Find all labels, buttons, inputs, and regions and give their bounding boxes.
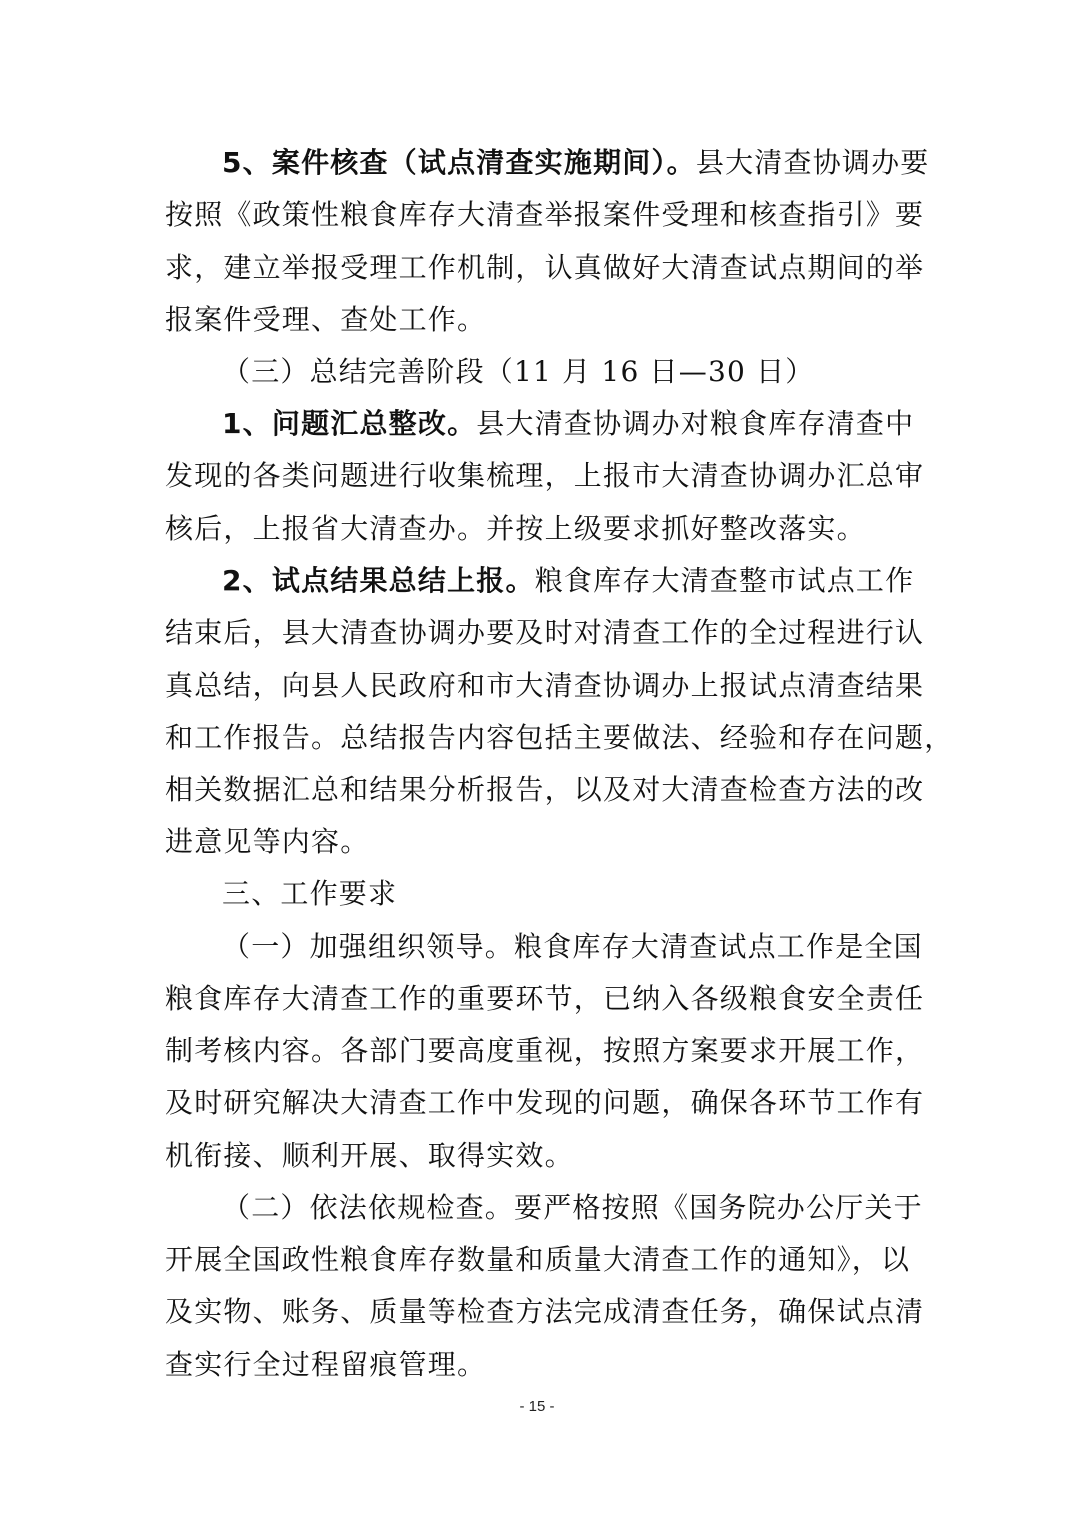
paragraph-line: 结束后，县大清查协调办要及时对清查工作的全过程进行认 [165, 615, 910, 651]
paragraph-line: 按照《政策性粮食库存大清查举报案件受理和核查指引》要 [165, 197, 910, 233]
paragraph-line: （一）加强组织领导。粮食库存大清查试点工作是全国 [222, 929, 910, 965]
paragraph-line: 机衔接、顺利开展、取得实效。 [165, 1138, 910, 1174]
paragraph-line: 开展全国政性粮食库存数量和质量大清查工作的通知》，以 [165, 1242, 910, 1278]
paragraph-line: 真总结，向县人民政府和市大清查协调办上报试点清查结果 [165, 668, 910, 704]
paragraph-line: （二）依法依规检查。要严格按照《国务院办公厅关于 [222, 1190, 910, 1226]
paragraph-issue-summary-line-1: 1、问题汇总整改。县大清查协调办对粮食库存清查中 [222, 406, 910, 442]
paragraph-line: 及时研究解决大清查工作中发现的问题，确保各环节工作有 [165, 1085, 910, 1121]
paragraph-case-check-line-1: 5、案件核查（试点清查实施期间）。县大清查协调办要 [222, 145, 910, 181]
paragraph-line: 求，建立举报受理工作机制，认真做好大清查试点期间的举 [165, 250, 910, 286]
case-check-heading: 5、案件核查（试点清查实施期间）。 [222, 146, 696, 179]
paragraph-line: 进意见等内容。 [165, 824, 910, 860]
paragraph-line: 核后，上报省大清查办。并按上级要求抓好整改落实。 [165, 511, 910, 547]
paragraph-line: 和工作报告。总结报告内容包括主要做法、经验和存在问题， [165, 720, 910, 756]
paragraph-line: 查实行全过程留痕管理。 [165, 1347, 910, 1383]
paragraph-line: 发现的各类问题进行收集梳理，上报市大清查协调办汇总审 [165, 458, 910, 494]
paragraph-result-report-line-1: 2、试点结果总结上报。粮食库存大清查整市试点工作 [222, 563, 910, 599]
paragraph-line: 报案件受理、查处工作。 [165, 302, 910, 338]
paragraph-line: 制考核内容。各部门要高度重视，按照方案要求开展工作， [165, 1033, 910, 1069]
paragraph-line: 及实物、账务、质量等检查方法完成清查任务，确保试点清 [165, 1294, 910, 1330]
issue-summary-heading: 1、问题汇总整改。 [222, 407, 476, 440]
stage-three-heading: （三）总结完善阶段（11 月 16 日—30 日） [222, 354, 910, 390]
section-three-heading: 三、工作要求 [222, 876, 910, 912]
result-report-heading: 2、试点结果总结上报。 [222, 564, 535, 597]
paragraph-line: 粮食库存大清查工作的重要环节，已纳入各级粮食安全责任 [165, 981, 910, 1017]
page-number: - 15 - [0, 1398, 1074, 1415]
paragraph-line: 相关数据汇总和结果分析报告，以及对大清查检查方法的改 [165, 772, 910, 808]
